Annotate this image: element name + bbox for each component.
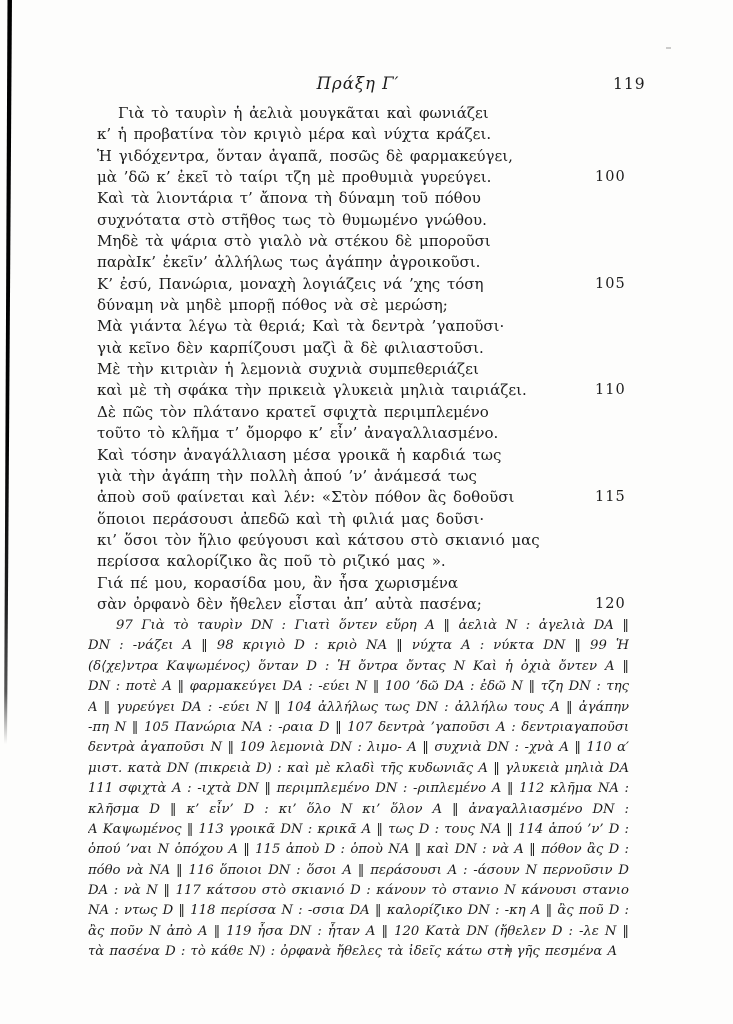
verse-text: Μὰ γιάντα λέγω τὰ θεριά; Καὶ τὰ δεντρὰ ’… [97,317,504,335]
verse-line: Γιά πέ μου, κορασίδα μου, ἂν ἦσα χωρισμέ… [97,573,657,594]
verse-text: Μηδὲ τὰ ψάρια στὸ γιαλὸ νὰ στέκου δὲ μπο… [97,232,491,250]
verse-line: Ἡ γιδόχεντρα, ὅνταν ἀγαπᾶ, ποσῶς δὲ φαρμ… [97,146,657,167]
apparatus-line: τὰ πασένα D : τὸ κάθε N) : ὀρφανὰ ἤθελες… [88,942,629,962]
verse-text: παρὰΙκ’ ἐκεῖν’ ἀλλήλως τως ἀγάπην ἀγροικ… [97,253,480,271]
verse-line: Μὰ γιάντα λέγω τὰ θεριά; Καὶ τὰ δεντρὰ ’… [97,316,657,337]
verse-text: Μὲ τὴν κιτριὰν ἡ λεμονιὰ συχνιὰ συμπεθερ… [97,360,479,378]
verse-line: Καὶ τὰ λιοντάρια τ’ ἄπονα τὴ δύναμη τοῦ … [97,188,657,209]
apparatus-line: (δ⟨χε⟩ντρα Καψωμένος) ὅνταν D : Ἡ ὄντρα … [88,657,629,677]
running-head: Πράξη Γ′ [88,74,628,93]
verse-line: καὶ μὲ τὴ σφάκα τὴν πρικειὰ γλυκειὰ μηλι… [97,380,657,401]
verse-number: 110 [595,380,626,401]
verse-text: Καὶ τὰ λιοντάρια τ’ ἄπονα τὴ δύναμη τοῦ … [97,189,481,207]
binding-shadow-artifact [2,0,12,744]
verse-text: τοῦτο τὸ κλῆμα τ’ ὄμορφο κ’ εἶν’ ἀναγαλλ… [97,424,498,442]
poem-lines: Γιὰ τὸ ταυρὶν ἡ ἀελιὰ μουγκᾶται καὶ φωνι… [97,103,657,615]
apparatus-line: δεντρὰ ἀγαποῦσι N ‖ 109 λεμονιὰ DN : λιμ… [88,738,629,758]
verse-text: κι’ ὅσοι τὸν ἥλιο φεύγουσι καὶ κάτσου στ… [97,531,540,549]
verse-text: Δὲ πῶς τὸν πλάτανο κρατεῖ σφιχτὰ περιμπλ… [97,403,489,421]
apparatus-line: 111 σφιχτὰ A : -ιχτὰ DN ‖ περιμπλεμένο D… [88,779,629,799]
verse-line: ὅποιοι περάσουσι ἀπεδῶ καὶ τὴ φιλιά μας … [97,509,657,530]
apparatus-line: πόθο νὰ NA ‖ 116 ὅποιοι DN : ὅσοι A ‖ πε… [88,861,629,881]
verse-line: μὰ ’δῶ κ’ ἐκεῖ τὸ ταίρι τζη μὲ προθυμιὰ … [97,167,657,188]
verse-line: παρὰΙκ’ ἐκεῖν’ ἀλλήλως τως ἀγάπην ἀγροικ… [97,252,657,273]
apparatus-line: -πη N ‖ 105 Πανώρια NA : -ραια D ‖ 107 δ… [88,718,629,738]
scan-speck-top [666,47,671,49]
verse-text: περίσσα καλορίζικο ἂς ποῦ τὸ ριζικό μας … [97,552,446,570]
verse-text: γιὰ κεῖνο δὲν καρπίζουσι μαζὶ ἂ δὲ φιλια… [97,339,484,357]
verse-text: σὰν ὀρφανὸ δὲν ἤθελεν εἶσται ἀπ’ αὐτὰ πα… [97,595,482,613]
apparatus-line: DN : -νάζει A ‖ 98 κριγιὸ D : κριὸ NA ‖ … [88,636,629,656]
verse-text: Ἡ γιδόχεντρα, ὅνταν ἀγαπᾶ, ποσῶς δὲ φαρμ… [97,147,513,165]
apparatus-block: 97 Γιὰ τὸ ταυρὶν DN : Γιατὶ ὅντεν εὕρη Α… [88,616,629,963]
apparatus-line: μιστ. κατὰ DN (πικρειὰ D) : καὶ μὲ κλαδὶ… [88,759,629,779]
verse-number: 100 [595,167,626,188]
verse-line: γιὰ κεῖνο δὲν καρπίζουσι μαζὶ ἂ δὲ φιλια… [97,338,657,359]
verse-text: Γιὰ τὸ ταυρὶν ἡ ἀελιὰ μουγκᾶται καὶ φωνι… [118,104,489,122]
verse-line: τοῦτο τὸ κλῆμα τ’ ὄμορφο κ’ εἶν’ ἀναγαλλ… [97,423,657,444]
verse-line: Μὲ τὴν κιτριὰν ἡ λεμονιὰ συχνιὰ συμπεθερ… [97,359,657,380]
scan-speck-bottom [507,948,512,952]
book-page-scan: Πράξη Γ′ 119 Γιὰ τὸ ταυρὶν ἡ ἀελιὰ μουγκ… [0,0,733,1024]
verse-text: ὅποιοι περάσουσι ἀπεδῶ καὶ τὴ φιλιά μας … [97,510,484,528]
verse-line: περίσσα καλορίζικο ἂς ποῦ τὸ ριζικό μας … [97,551,657,572]
verse-line: Μηδὲ τὰ ψάρια στὸ γιαλὸ νὰ στέκου δὲ μπο… [97,231,657,252]
verse-text: κ’ ἡ προβατίνα τὸν κριγιὸ μέρα καὶ νύχτα… [97,125,491,143]
verse-line: ἀποὺ σοῦ φαίνεται καὶ λέν: «Στὸν πόθον ἂ… [97,487,657,508]
apparatus-line: DN : ποτὲ A ‖ φαρμακεύγει DA : -εύει N ‖… [88,677,629,697]
apparatus-line: κλῆσμα D ‖ κ’ εἶν’ D : κι’ ὅλο N κι’ ὅλο… [88,800,629,820]
apparatus-line: DA : νὰ N ‖ 117 κάτσου στὸ σκιανιό D : κ… [88,881,629,901]
verse-text: Γιά πέ μου, κορασίδα μου, ἂν ἦσα χωρισμέ… [97,574,458,592]
verse-line: κι’ ὅσοι τὸν ἥλιο φεύγουσι καὶ κάτσου στ… [97,530,657,551]
verse-number: 105 [595,274,626,295]
apparatus-line: NA : ντως D ‖ 118 περίσσα N : -σσια DA ‖… [88,901,629,921]
apparatus-line: ὁπού ’ναι N ὁπόχου A ‖ 115 ἀποὺ D : ὁποὺ… [88,840,629,860]
verse-line: συχνότατα στὸ στῆθος τως τὸ θυμωμένο γνώ… [97,210,657,231]
verse-number: 115 [595,487,626,508]
verse-line: γιὰ τὴν ἀγάπη τὴν πολλὴ ἁπού ’ν’ ἀνάμεσά… [97,466,657,487]
verse-line: Καὶ τόσην ἀναγάλλιαση μέσα γροικᾶ ἡ καρδ… [97,445,657,466]
verse-number: 120 [595,594,626,615]
verse-text: συχνότατα στὸ στῆθος τως τὸ θυμωμένο γνώ… [97,211,487,229]
verse-text: Καὶ τόσην ἀναγάλλιαση μέσα γροικᾶ ἡ καρδ… [97,446,501,464]
verse-line: κ’ ἡ προβατίνα τὸν κριγιὸ μέρα καὶ νύχτα… [97,124,657,145]
verse-text: ἀποὺ σοῦ φαίνεται καὶ λέν: «Στὸν πόθον ἂ… [97,488,514,506]
verse-text: μὰ ’δῶ κ’ ἐκεῖ τὸ ταίρι τζη μὲ προθυμιὰ … [97,168,491,186]
page-number: 119 [613,75,646,93]
verse-text: καὶ μὲ τὴ σφάκα τὴν πρικειὰ γλυκειὰ μηλι… [97,381,527,399]
apparatus-line: A Καψωμένος ‖ 113 γροικᾶ DN : κρικᾶ A ‖ … [88,820,629,840]
verse-text: γιὰ τὴν ἀγάπη τὴν πολλὴ ἁπού ’ν’ ἀνάμεσά… [97,467,477,485]
verse-text: Κ’ ἐσύ, Πανώρια, μοναχὴ λογιάζεις νά ’χη… [97,275,484,293]
verse-line: Γιὰ τὸ ταυρὶν ἡ ἀελιὰ μουγκᾶται καὶ φωνι… [97,103,657,124]
verse-line: Κ’ ἐσύ, Πανώρια, μοναχὴ λογιάζεις νά ’χη… [97,274,657,295]
apparatus-line: 97 Γιὰ τὸ ταυρὶν DN : Γιατὶ ὅντεν εὕρη Α… [88,616,629,636]
apparatus-line: A ‖ γυρεύγει DA : -εύει N ‖ 104 ἀλλήλως … [88,698,629,718]
verse-text: δύναμη νὰ μηδὲ μπορῇ πόθος νὰ σὲ μερώση; [97,296,448,314]
verse-line: Δὲ πῶς τὸν πλάτανο κρατεῖ σφιχτὰ περιμπλ… [97,402,657,423]
verse-line: σὰν ὀρφανὸ δὲν ἤθελεν εἶσται ἀπ’ αὐτὰ πα… [97,594,657,615]
verse-line: δύναμη νὰ μηδὲ μπορῇ πόθος νὰ σὲ μερώση; [97,295,657,316]
apparatus-line: ἂς ποῦν N ἀπὸ A ‖ 119 ἦσα DN : ἦταν A ‖ … [88,922,629,942]
